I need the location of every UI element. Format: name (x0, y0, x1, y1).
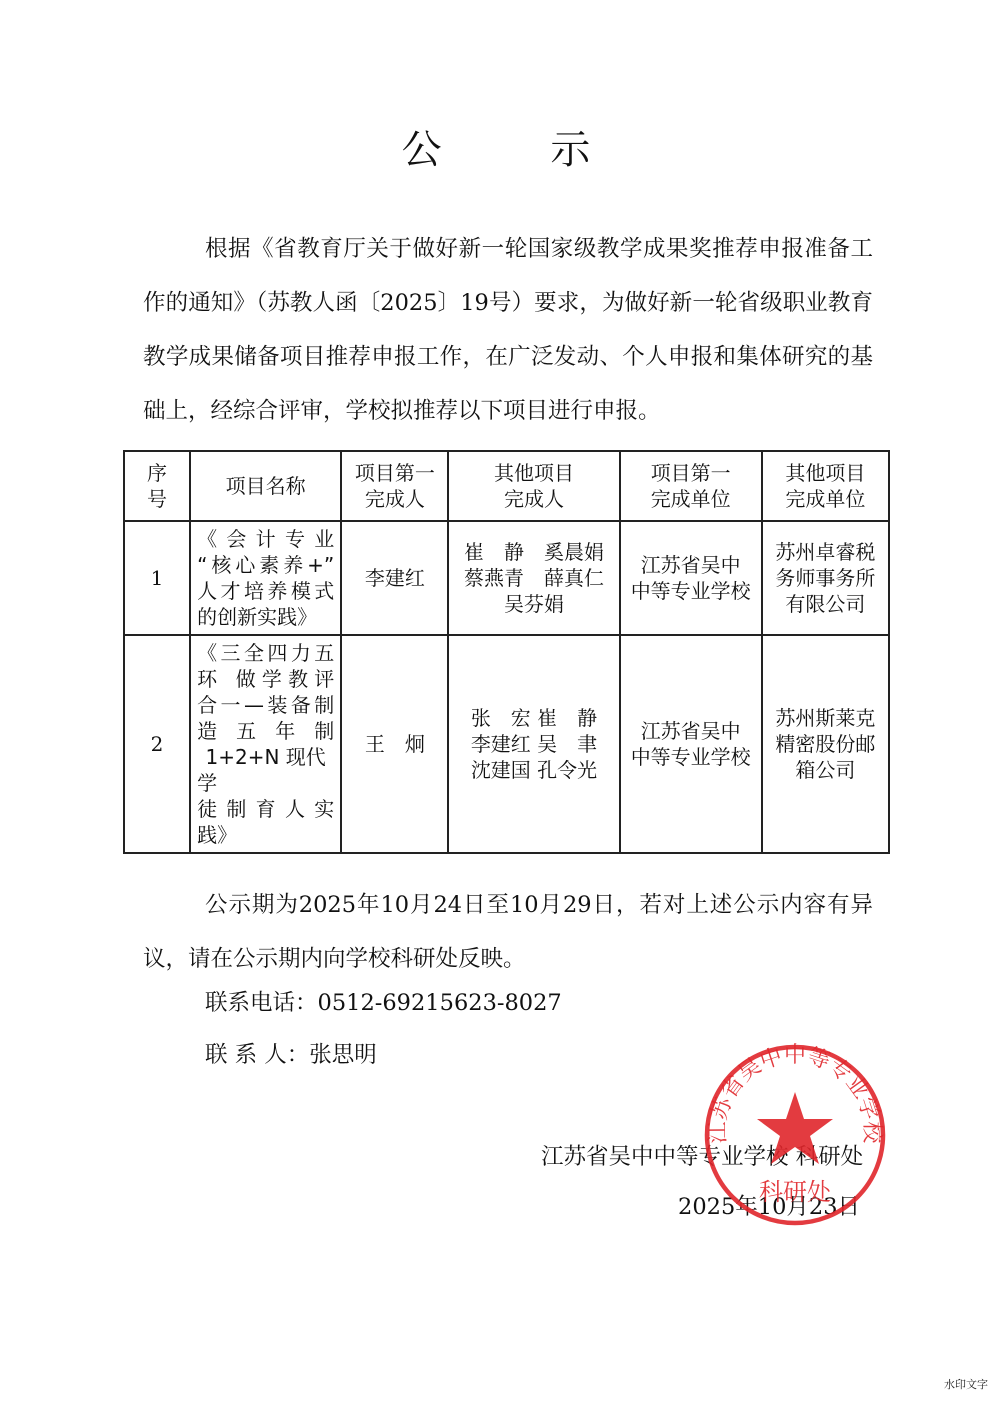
row-lead-unit: 江苏省吴中 中等专业学校 (620, 521, 762, 635)
row-project-name: 《三全四力五 环 做学教评 合一—装备制 造五年制 1+2+N 现代学 徒制育人… (190, 635, 341, 853)
seal-ring-text: 江苏省吴中中等专业学校 (706, 1043, 884, 1145)
projects-table: 序号 项目名称 项目第一完成人 其他项目完成人 项目第一完成单位 其他项目完成单… (123, 450, 890, 854)
contact-phone: 联系电话：0512-69215623-8027 (205, 988, 562, 1018)
row-lead-person: 王 炯 (341, 635, 448, 853)
table-header-row: 序号 项目名称 项目第一完成人 其他项目完成人 项目第一完成单位 其他项目完成单… (124, 451, 889, 521)
watermark-label: 水印文字 (944, 1376, 988, 1392)
header-lead-person: 项目第一完成人 (341, 451, 448, 521)
header-project-name: 项目名称 (190, 451, 341, 521)
notice-paragraph: 公示期为2025年10月24日至10月29日，若对上述公示内容有异议，请在公示期… (143, 878, 873, 986)
document-title: 公 示 (0, 118, 1000, 175)
contact-person: 联 系 人：张思明 (205, 1040, 377, 1070)
intro-paragraph: 根据《省教育厅关于做好新一轮国家级教学成果奖推荐申报准备工作的通知》（苏教人函〔… (143, 222, 873, 438)
svg-text:江苏省吴中中等专业学校: 江苏省吴中中等专业学校 (706, 1043, 884, 1145)
header-seq: 序号 (124, 451, 190, 521)
header-other-units: 其他项目完成单位 (762, 451, 889, 521)
row-other-persons: 张 宏 崔 静 李建红 吴 聿 沈建国 孔令光 (448, 635, 619, 853)
row-project-name: 《会计专业 “核心素养+” 人才培养模式 的创新实践》 (190, 521, 341, 635)
row-other-persons: 崔 静 奚晨娟 蔡燕青 薛真仁 吴芬娟 (448, 521, 619, 635)
header-other-persons: 其他项目完成人 (448, 451, 619, 521)
signature-organization: 江苏省吴中中等专业学校 科研处 (541, 1142, 863, 1172)
row-other-units: 苏州斯莱克 精密股份邮 箱公司 (762, 635, 889, 853)
row-seq: 1 (124, 521, 190, 635)
table-row: 1 《会计专业 “核心素养+” 人才培养模式 的创新实践》 李建红 崔 静 奚晨… (124, 521, 889, 635)
row-lead-unit: 江苏省吴中 中等专业学校 (620, 635, 762, 853)
signature-date: 2025年10月23日 (678, 1192, 860, 1222)
row-seq: 2 (124, 635, 190, 853)
header-lead-unit: 项目第一完成单位 (620, 451, 762, 521)
table-row: 2 《三全四力五 环 做学教评 合一—装备制 造五年制 1+2+N 现代学 徒制… (124, 635, 889, 853)
row-lead-person: 李建红 (341, 521, 448, 635)
row-other-units: 苏州卓睿税 务师事务所 有限公司 (762, 521, 889, 635)
